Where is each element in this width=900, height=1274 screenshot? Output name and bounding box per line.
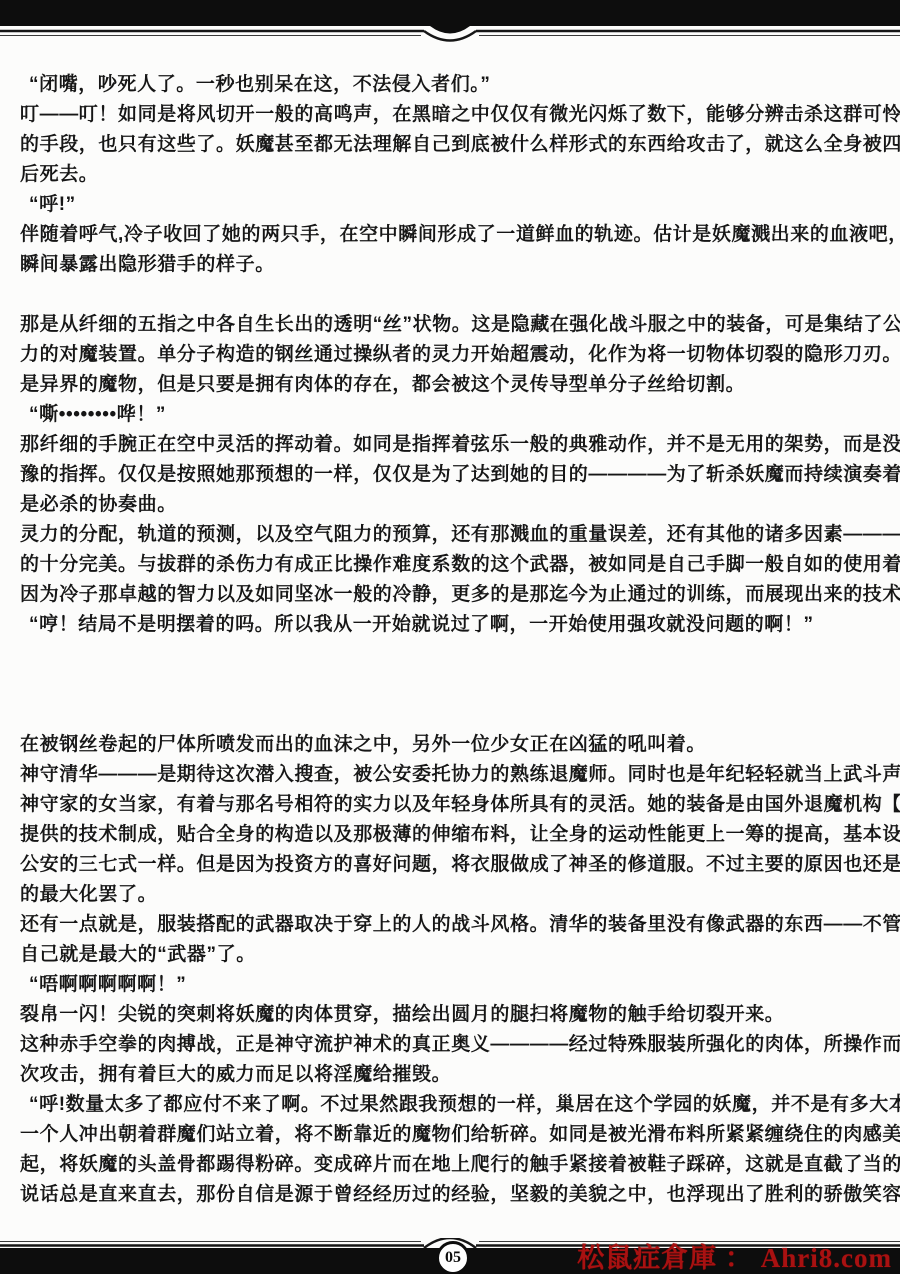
text-line: “嘶••••••••哗！” [20, 400, 894, 430]
blank-line [20, 700, 894, 730]
top-border-decoration [0, 0, 900, 44]
text-line: 那是从纤细的五指之中各自生长出的透明“丝”状物。这是隐藏在强化战斗服之中的装备，… [20, 310, 894, 340]
text-line: “呼!” [20, 190, 894, 220]
text-line: 说话总是直来直去，那份自信是源于曾经经历过的经验，坚毅的美貌之中，也浮现出了胜利… [20, 1180, 894, 1210]
text-line: 的十分完美。与拔群的杀伤力有成正比操作难度系数的这个武器，被如同是自己手脚一般自… [20, 550, 894, 580]
text-line: 因为冷子那卓越的智力以及如同坚冰一般的冷静，更多的是那迄今为止通过的训练，而展现… [20, 580, 894, 610]
scanned-novel-page: “闭嘴，吵死人了。一秒也别呆在这，不法侵入者们。”叮——叮！如同是将风切开一般的… [0, 0, 900, 1274]
text-line: 次攻击，拥有着巨大的威力而足以将淫魔给摧毁。 [20, 1060, 894, 1090]
page-number: 05 [445, 1249, 461, 1267]
site-watermark: 松鼠症倉庫 ： Ahri8.com [577, 1236, 892, 1274]
text-line: 提供的技术制成，贴合全身的构造以及那极薄的伸缩布料，让全身的运动性能更上一筹的提… [20, 820, 894, 850]
text-line: 起，将妖魔的头盖骨都踢得粉碎。变成碎片而在地上爬行的触手紧接着被鞋子踩碎，这就是… [20, 1150, 894, 1180]
text-line: 那纤细的手腕正在空中灵活的挥动着。如同是指挥着弦乐一般的典雅动作，并不是无用的架… [20, 430, 894, 460]
text-line: “唔啊啊啊啊啊！” [20, 970, 894, 1000]
text-line: 力的对魔装置。单分子构造的钢丝通过操纵者的灵力开始超震动，化作为将一切物体切裂的… [20, 340, 894, 370]
text-line: 是必杀的协奏曲。 [20, 490, 894, 520]
text-column: “闭嘴，吵死人了。一秒也别呆在这，不法侵入者们。”叮——叮！如同是将风切开一般的… [20, 70, 894, 1210]
text-line: 是异界的魔物，但是只要是拥有肉体的存在，都会被这个灵传导型单分子丝给切割。 [20, 370, 894, 400]
text-line: 还有一点就是，服装搭配的武器取决于穿上的人的战斗风格。清华的装备里没有像武器的东… [20, 910, 894, 940]
text-line: 在被钢丝卷起的尸体所喷发而出的血沫之中，另外一位少女正在凶猛的吼叫着。 [20, 730, 894, 760]
text-line: 伴随着呼气,冷子收回了她的两只手，在空中瞬间形成了一道鲜血的轨迹。估计是妖魔溅出… [20, 220, 894, 250]
text-line: 豫的指挥。仅仅是按照她那预想的一样，仅仅是为了达到她的目的————为了斩杀妖魔而… [20, 460, 894, 490]
text-line: 瞬间暴露出隐形猎手的样子。 [20, 250, 894, 280]
text-line: 后死去。 [20, 160, 894, 190]
text-line: 的最大化罢了。 [20, 880, 894, 910]
page-number-badge: 05 [436, 1241, 470, 1274]
text-line: 灵力的分配，轨道的预测，以及空气阻力的预算，还有那溅血的重量误差，还有其他的诸多… [20, 520, 894, 550]
text-line: 神守清华———是期待这次潜入搜查，被公安委托协力的熟练退魔师。同时也是年纪轻轻就… [20, 760, 894, 790]
text-line: 自己就是最大的“武器”了。 [20, 940, 894, 970]
text-line: 叮——叮！如同是将风切开一般的高鸣声，在黑暗之中仅仅有微光闪烁了数下，能够分辨击… [20, 100, 894, 130]
text-line: 裂帛一闪！尖锐的突刺将妖魔的肉体贯穿，描绘出圆月的腿扫将魔物的触手给切裂开来。 [20, 1000, 894, 1030]
text-line: 神守家的女当家，有着与那名号相符的实力以及年轻身体所具有的灵活。她的装备是由国外… [20, 790, 894, 820]
text-line: 这种赤手空拳的肉搏战，正是神守流护神术的真正奥义————经过特殊服装所强化的肉体… [20, 1030, 894, 1060]
text-line: “闭嘴，吵死人了。一秒也别呆在这，不法侵入者们。” [20, 70, 894, 100]
blank-line [20, 640, 894, 670]
text-line: “哼！结局不是明摆着的吗。所以我从一开始就说过了啊，一开始使用强攻就没问题的啊！… [20, 610, 894, 640]
text-line: “呼!数量太多了都应付不来了啊。不过果然跟我预想的一样，巢居在这个学园的妖魔，并… [20, 1090, 894, 1120]
text-line: 的手段，也只有这些了。妖魔甚至都无法理解自己到底被什么样形式的东西给攻击了，就这… [20, 130, 894, 160]
text-line: 一个人冲出朝着群魔们站立着，将不断靠近的魔物们给斩碎。如同是被光滑布料所紧紧缠绕… [20, 1120, 894, 1150]
blank-line [20, 280, 894, 310]
blank-line [20, 670, 894, 700]
text-line: 公安的三七式一样。但是因为投资方的喜好问题，将衣服做成了神圣的修道服。不过主要的… [20, 850, 894, 880]
